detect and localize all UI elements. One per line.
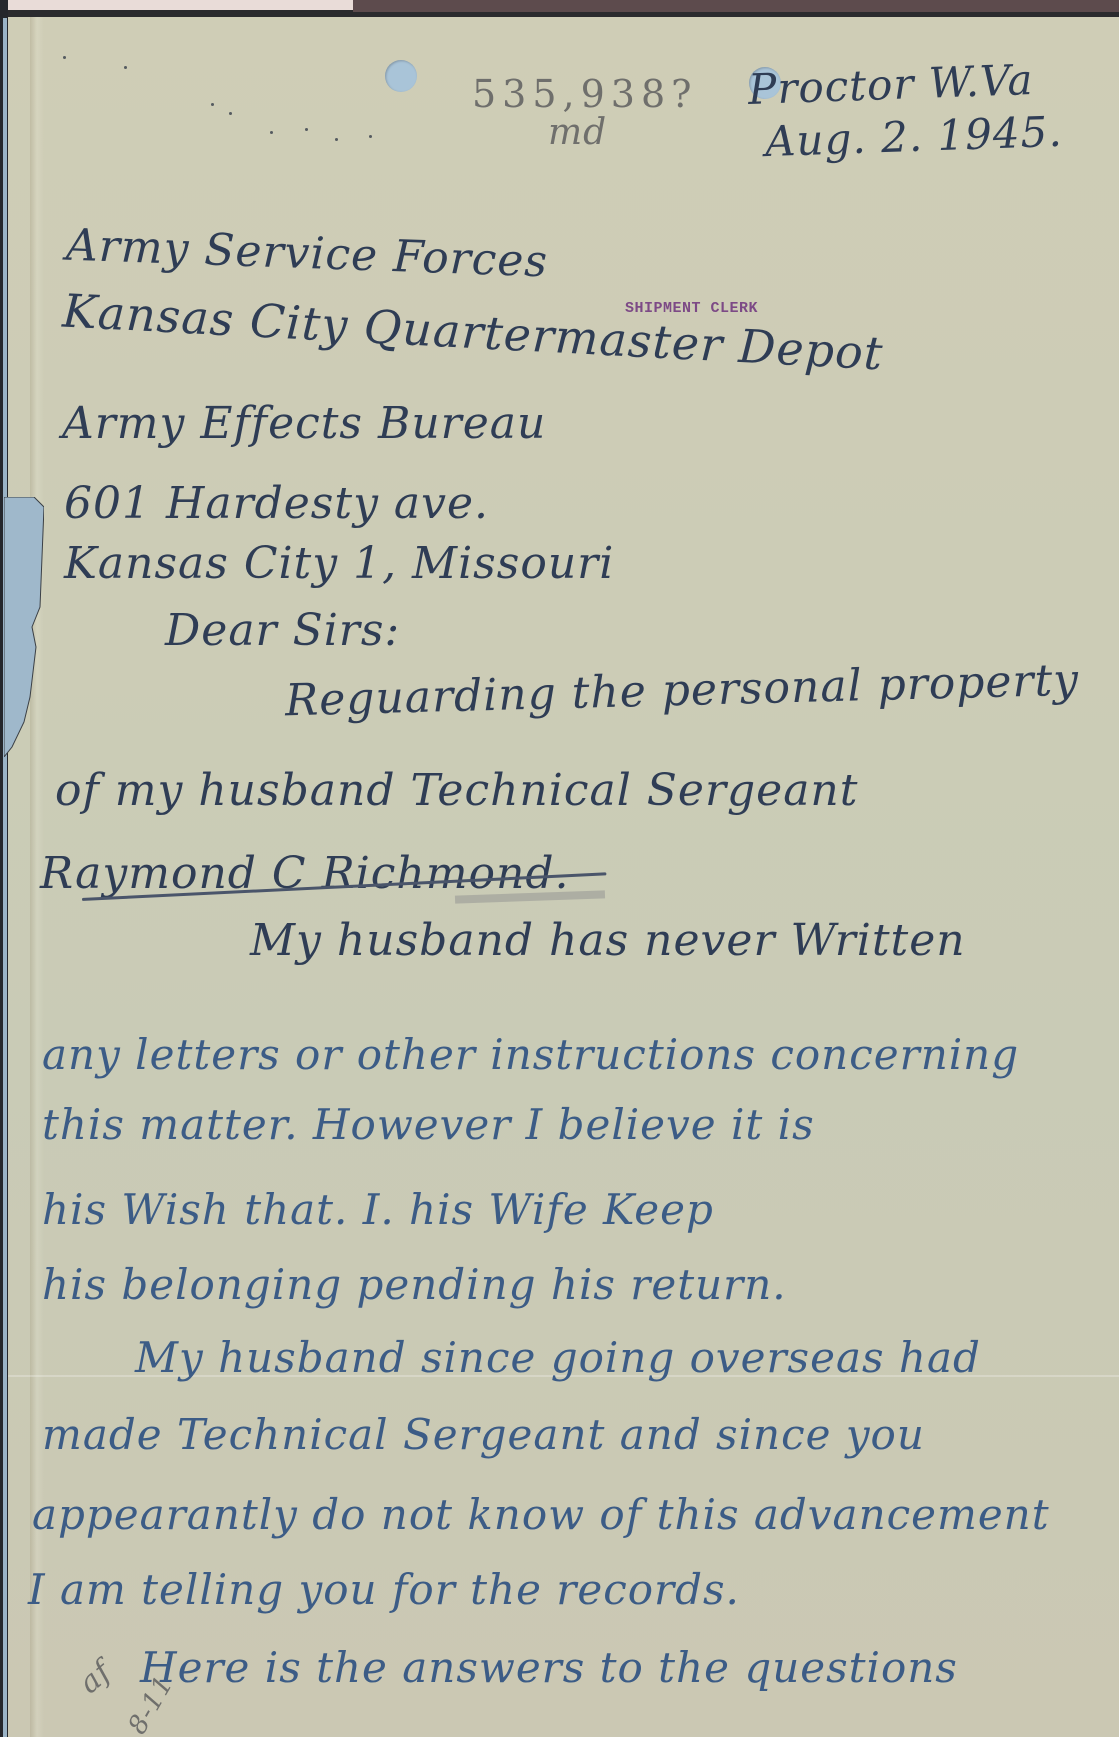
paper-speck [305,128,308,131]
husband-name: Raymond C Richmond. [40,848,569,899]
paper-speck [270,131,273,134]
punch-hole-left [385,60,417,92]
body-line: made Technical Sergeant and since you [42,1410,925,1459]
body-line: of my husband Technical Sergeant [55,765,858,816]
body-line: this matter. However I believe it is [42,1100,815,1149]
torn-edge [4,497,44,757]
body-line: appearantly do not know of this advancem… [32,1490,1050,1539]
paper-speck [124,66,127,69]
body-line: My husband has never Written [250,915,966,966]
body-line: his belonging pending his return. [42,1260,787,1309]
body-line: his Wish that. I. his Wife Keep [42,1185,714,1234]
scan-border-top-dark [353,0,1119,12]
paper-speck [63,56,66,59]
body-line: My husband since going overseas had [135,1333,981,1382]
letter-date: Aug. 2. 1945. [764,107,1063,166]
paper-speck [211,103,214,106]
scan-border-top-light [8,0,353,10]
address-line: Kansas City 1, Missouri [64,538,614,589]
body-line: I am telling you for the records. [28,1565,740,1614]
initials: md [548,112,607,153]
paper-speck [369,135,372,138]
file-number: 535,938? [472,72,698,116]
salutation: Dear Sirs: [165,605,400,656]
scan-backing-strip [3,18,7,1737]
address-line: 601 Hardesty ave. [64,478,489,529]
body-line: any letters or other instructions concer… [42,1030,1019,1079]
address-line: Army Effects Bureau [62,398,546,449]
letter-place: Proctor W.Va [747,55,1034,114]
paper-speck [335,138,338,141]
body-line: Here is the answers to the questions [140,1643,958,1692]
paper-speck [229,112,232,115]
